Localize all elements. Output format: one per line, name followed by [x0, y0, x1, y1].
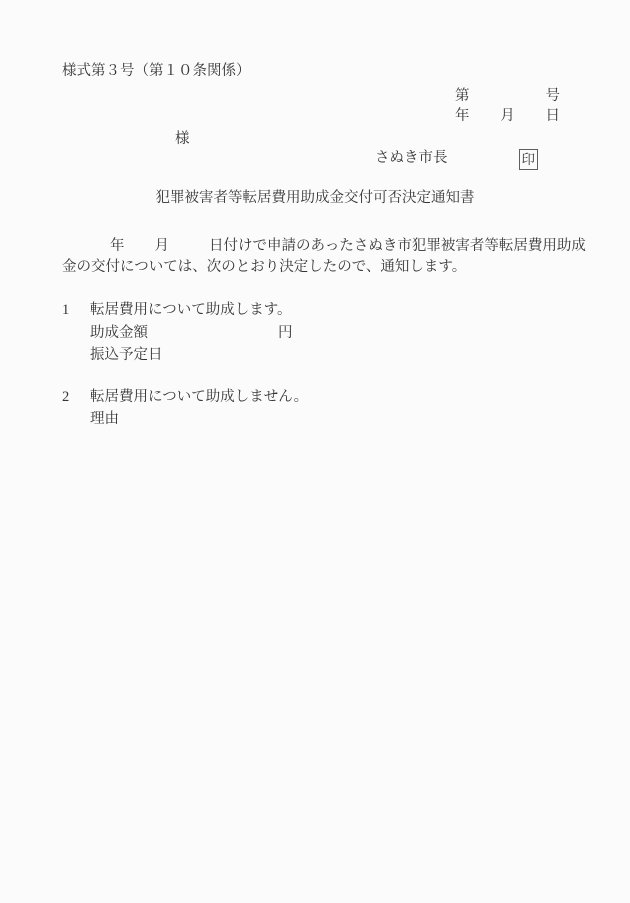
document-page: 様式第３号（第１０条関係） 第 号 年 月 日 様 さぬき市長 印 犯罪被害者等…	[0, 0, 630, 903]
item-1-text: 転居費用について助成します。	[90, 302, 292, 318]
transfer-date-row: 振込予定日	[90, 348, 163, 363]
issue-date-year-label: 年	[455, 109, 470, 124]
body-paragraph-line1: 年月日付けで申請のあったさぬき市犯罪被害者等転居費用助成	[62, 239, 586, 254]
item-1-number: 1	[62, 303, 90, 318]
addressee-suffix: 様	[175, 132, 190, 147]
item-2-number: 2	[62, 390, 90, 405]
issue-date-month-label: 月	[500, 109, 515, 124]
doc-number-prefix: 第	[455, 89, 470, 104]
subsidy-amount-label: 助成金額	[90, 325, 148, 341]
item-1-row: 1転居費用について助成します。	[62, 303, 292, 318]
body-paragraph-line2: 金の交付については、次のとおり決定したので、通知します。	[62, 260, 466, 275]
subsidy-amount-unit: 円	[278, 325, 293, 341]
document-number-row: 第 号	[455, 89, 560, 104]
body-line1-text: 付けで申請のあったさぬき市犯罪被害者等転居費用助成	[224, 238, 586, 254]
transfer-date-label: 振込予定日	[90, 347, 163, 363]
reason-label: 理由	[90, 411, 119, 427]
subsidy-amount-row: 助成金額円	[90, 326, 293, 341]
application-date-day-label: 日	[209, 238, 224, 254]
issue-date-row: 年 月 日	[455, 109, 560, 124]
item-2-row: 2転居費用について助成しません。	[62, 390, 308, 405]
doc-number-suffix: 号	[546, 89, 561, 104]
application-date-year-label: 年	[110, 238, 125, 254]
reason-row: 理由	[90, 412, 119, 427]
issuer-row: さぬき市長 印	[375, 151, 538, 170]
item-2-text: 転居費用について助成しません。	[90, 389, 308, 405]
document-title: 犯罪被害者等転居費用助成金交付可否決定通知書	[0, 191, 630, 206]
application-date-month-label: 月	[155, 238, 170, 254]
form-reference: 様式第３号（第１０条関係）	[62, 64, 251, 79]
issue-date-day-label: 日	[546, 109, 561, 124]
seal-placeholder: 印	[519, 149, 539, 170]
issuer-name: さぬき市長	[375, 151, 448, 166]
